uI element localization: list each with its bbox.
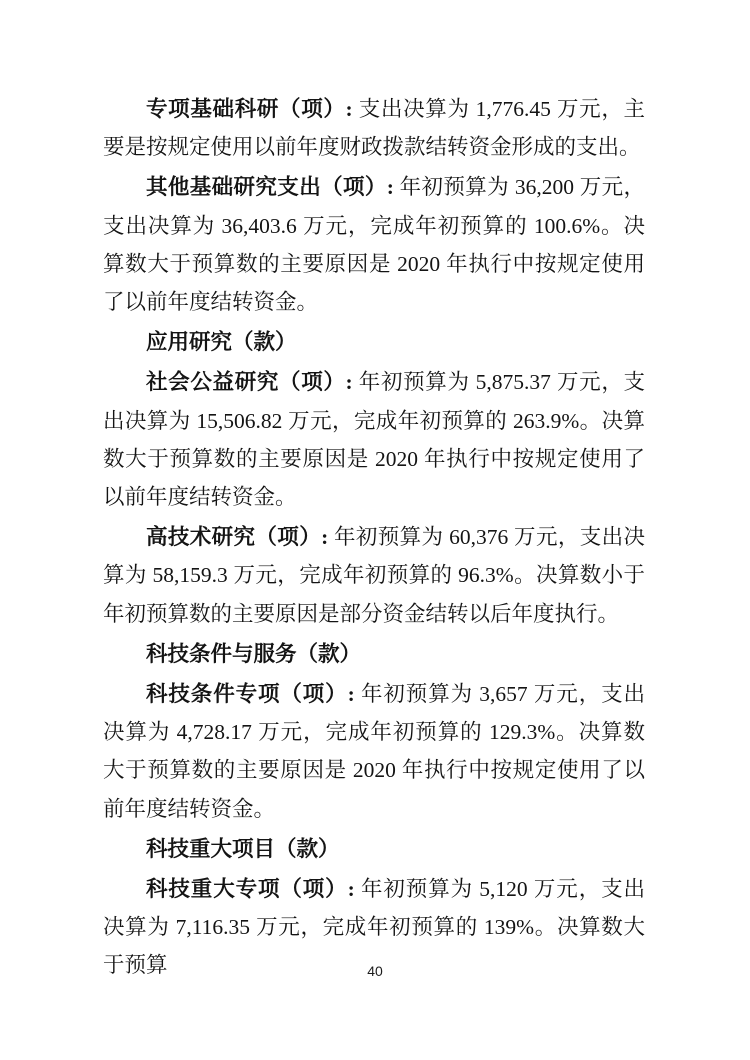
paragraph: 其他基础研究支出（项）: 年初预算为 36,200 万元，支出决算为 36,40… xyxy=(103,168,645,321)
paragraph-lead: 科技条件专项（项）: xyxy=(146,682,355,706)
section-heading: 科技条件与服务（款） xyxy=(103,635,645,673)
section-heading: 应用研究（款） xyxy=(103,323,645,361)
paragraph-lead: 科技重大专项（项）: xyxy=(146,877,355,901)
paragraph-lead: 社会公益研究（项）: xyxy=(146,370,353,394)
paragraph-lead: 专项基础科研（项）: xyxy=(146,97,353,121)
section-heading: 科技重大项目（款） xyxy=(103,830,645,868)
section-heading-label: 应用研究（款） xyxy=(146,330,297,354)
paragraph: 社会公益研究（项）: 年初预算为 5,875.37 万元，支出决算为 15,50… xyxy=(103,363,645,516)
document-page: 专项基础科研（项）: 支出决算为 1,776.45 万元，主要是按规定使用以前年… xyxy=(0,0,750,1060)
paragraph-lead: 高技术研究（项）: xyxy=(146,525,328,549)
paragraph-lead: 其他基础研究支出（项）: xyxy=(146,175,394,199)
paragraph: 科技条件专项（项）: 年初预算为 3,657 万元，支出决算为 4,728.17… xyxy=(103,675,645,828)
page-number: 40 xyxy=(0,963,750,979)
paragraph: 专项基础科研（项）: 支出决算为 1,776.45 万元，主要是按规定使用以前年… xyxy=(103,90,645,166)
section-heading-label: 科技重大项目（款） xyxy=(146,837,340,861)
section-heading-label: 科技条件与服务（款） xyxy=(146,642,361,666)
document-body: 专项基础科研（项）: 支出决算为 1,776.45 万元，主要是按规定使用以前年… xyxy=(103,90,645,987)
paragraph: 高技术研究（项）: 年初预算为 60,376 万元，支出决算为 58,159.3… xyxy=(103,518,645,633)
